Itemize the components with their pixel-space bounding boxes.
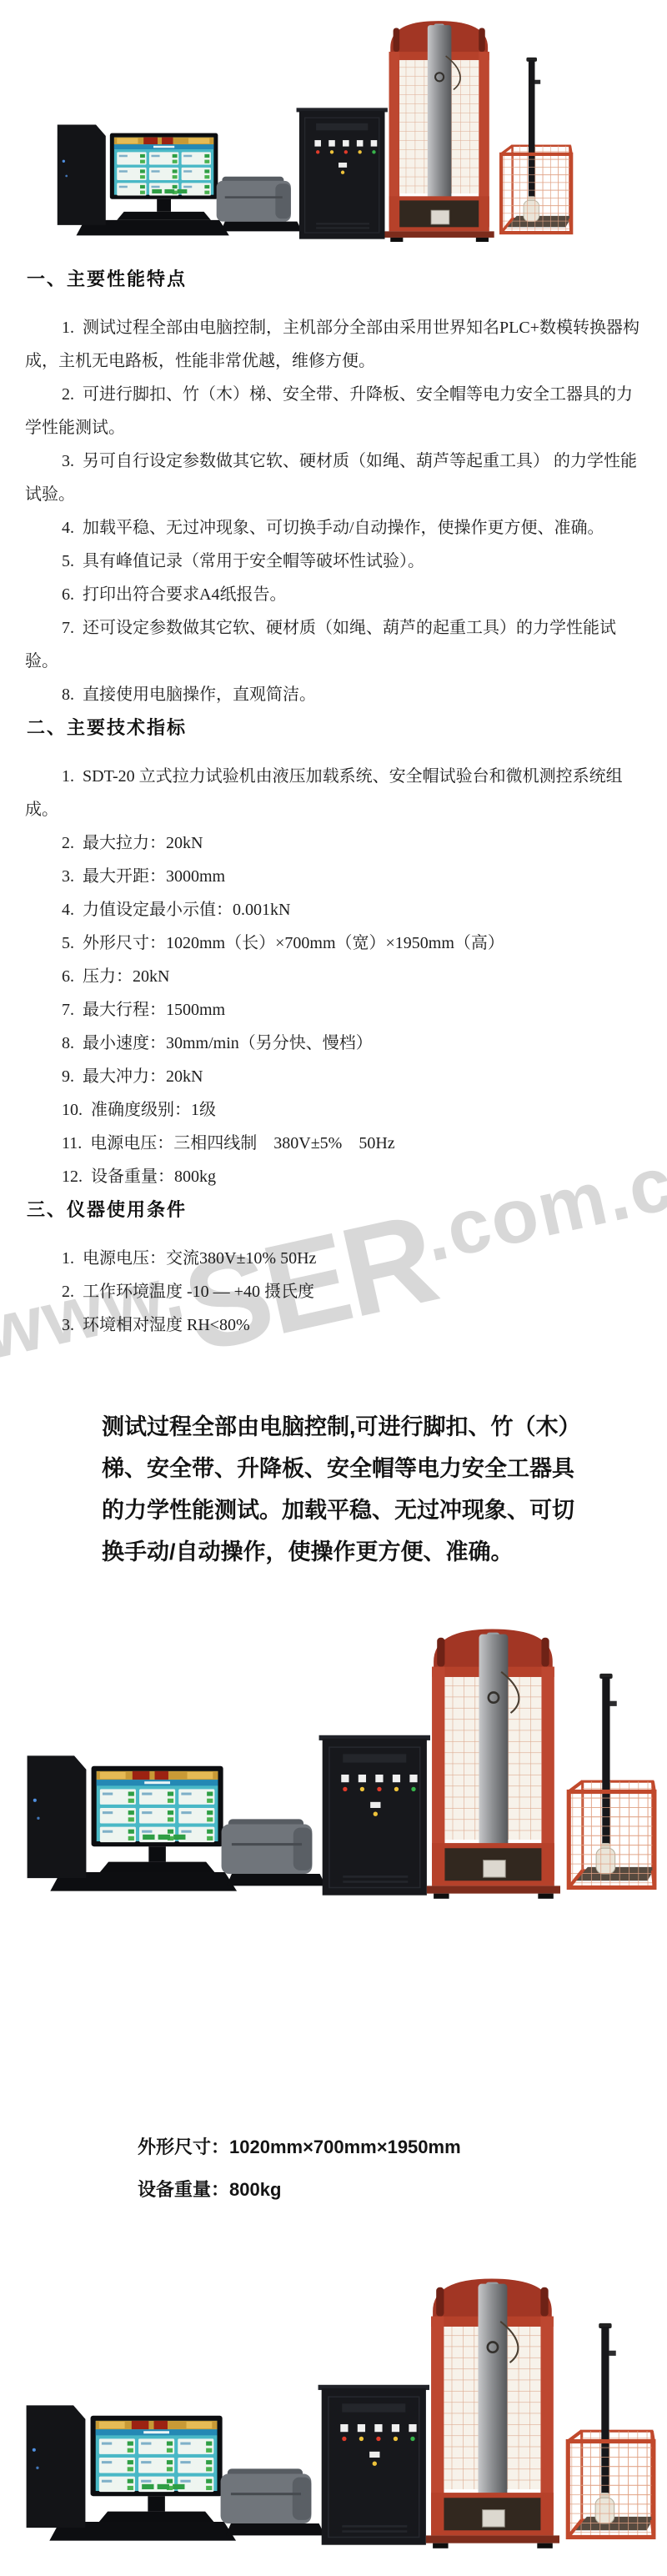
- item-number: 1.: [62, 319, 74, 337]
- item-text: 工作环境温度 -10 — +40 摄氏度: [83, 1283, 314, 1301]
- item-text: 外形尺寸：1020mm（长）×700mm（宽）×1950mm（高）: [83, 934, 504, 952]
- item-number: 6.: [62, 967, 74, 986]
- item-text: 最大冲力：20kN: [83, 1067, 203, 1086]
- feature-item: 6.打印出符合要求A4纸报告。: [25, 578, 644, 611]
- item-number: 10.: [62, 1101, 83, 1119]
- item-text: 可进行脚扣、竹（木）梯、安全带、升降板、安全帽等电力安全工器具的力学性能测试。: [25, 385, 633, 437]
- section-technical-specs: 二、主要技术指标 1.SDT-20 立式拉力试验机由液压加载系统、安全帽试验台和…: [25, 714, 644, 1193]
- item-number: 3.: [62, 1316, 74, 1334]
- item-number: 1.: [62, 1249, 74, 1268]
- item-text: 最小速度：30mm/min（另分快、慢档）: [83, 1034, 373, 1052]
- feature-item: 5.具有峰值记录（常用于安全帽等破坏性试验）。: [25, 545, 644, 578]
- item-number: 2.: [62, 1283, 74, 1301]
- feature-item: 8.直接使用电脑操作，直观简洁。: [25, 678, 644, 711]
- item-number: 5.: [62, 552, 74, 570]
- feature-item: 7.还可设定参数做其它软、硬材质（如绳、葫芦的起重工具）的力学性能试验。: [25, 611, 644, 678]
- condition-item: 1.电源电压：交流380V±10% 50Hz: [25, 1242, 644, 1275]
- item-text: 测试过程全部由电脑控制，主机部分全部由采用世界知名PLC+数模转换器构成，主机无…: [25, 319, 639, 370]
- item-text: 准确度级别：1级: [91, 1101, 216, 1119]
- item-text: 电源电压：交流380V±10% 50Hz: [83, 1249, 316, 1268]
- spec-item: 9.最大冲力：20kN: [25, 1060, 644, 1093]
- item-text: 还可设定参数做其它软、硬材质（如绳、葫芦的起重工具）的力学性能试验。: [25, 619, 616, 670]
- item-number: 4.: [62, 901, 74, 919]
- spec-item: 10.准确度级别：1级: [25, 1093, 644, 1127]
- item-number: 7.: [62, 1001, 74, 1019]
- product-photo-bottom: [7, 2268, 657, 2548]
- item-number: 7.: [62, 619, 74, 637]
- item-number: 9.: [62, 1067, 74, 1086]
- item-text: 压力：20kN: [83, 967, 169, 986]
- footer-specs: 外形尺寸：1020mm×700mm×1950mm 设备重量：800kg: [138, 2126, 461, 2211]
- item-number: 11.: [62, 1134, 82, 1152]
- section-heading: 二、主要技术指标: [27, 714, 644, 740]
- spec-item: 4.力值设定最小示值：0.001kN: [25, 893, 644, 926]
- spec-item: 6.压力：20kN: [25, 960, 644, 993]
- spec-item: 7.最大行程：1500mm: [25, 993, 644, 1027]
- feature-item: 1.测试过程全部由电脑控制，主机部分全部由采用世界知名PLC+数模转换器构成，主…: [25, 311, 644, 378]
- section-heading: 一、主要性能特点: [27, 265, 644, 291]
- condition-item: 3.环境相对湿度 RH<80%: [25, 1308, 644, 1342]
- section-performance-features: 一、主要性能特点 1.测试过程全部由电脑控制，主机部分全部由采用世界知名PLC+…: [25, 265, 644, 711]
- item-text: 另可自行设定参数做其它软、硬材质（如绳、葫芦等起重工具） 的力学性能试验。: [25, 452, 637, 504]
- item-text: 具有峰值记录（常用于安全帽等破坏性试验）。: [83, 552, 424, 570]
- spec-item: 2.最大拉力：20kN: [25, 826, 644, 860]
- product-photo-middle: [8, 1619, 658, 1899]
- page: www.SER.com.cn 一、主要性能特点 1.测试过程全部由电脑控制，主机…: [0, 0, 667, 2576]
- item-text: 最大行程：1500mm: [83, 1001, 225, 1019]
- item-text: 电源电压：三相四线制 380V±5% 50Hz: [90, 1134, 394, 1152]
- item-text: 最大开距：3000mm: [83, 867, 225, 886]
- spec-item: 11.电源电压：三相四线制 380V±5% 50Hz: [25, 1127, 644, 1160]
- item-text: 最大拉力：20kN: [83, 834, 203, 852]
- item-text: 设备重量：800kg: [91, 1167, 216, 1186]
- highlight-paragraph: 测试过程全部由电脑控制,可进行脚扣、竹（木）梯、安全带、升降板、安全帽等电力安全…: [102, 1406, 592, 1573]
- dimensions-line: 外形尺寸：1020mm×700mm×1950mm: [138, 2126, 461, 2168]
- item-number: 12.: [62, 1167, 83, 1186]
- item-number: 3.: [62, 867, 74, 886]
- section-usage-conditions: 三、仪器使用条件 1.电源电压：交流380V±10% 50Hz 2.工作环境温度…: [25, 1196, 644, 1342]
- weight-line: 设备重量：800kg: [138, 2168, 461, 2211]
- item-number: 8.: [62, 1034, 74, 1052]
- item-number: 2.: [62, 834, 74, 852]
- item-number: 1.: [62, 767, 74, 786]
- item-number: 3.: [62, 452, 74, 470]
- item-number: 5.: [62, 934, 74, 952]
- section-heading: 三、仪器使用条件: [27, 1196, 644, 1222]
- feature-item: 2.可进行脚扣、竹（木）梯、安全带、升降板、安全帽等电力安全工器具的力学性能测试…: [25, 378, 644, 444]
- spec-item: 5.外形尺寸：1020mm（长）×700mm（宽）×1950mm（高）: [25, 926, 644, 960]
- item-number: 2.: [62, 385, 74, 404]
- spec-item: 1.SDT-20 立式拉力试验机由液压加载系统、安全帽试验台和微机测控系统组成。: [25, 760, 644, 826]
- item-text: 打印出符合要求A4纸报告。: [83, 585, 286, 604]
- item-number: 4.: [62, 519, 74, 537]
- condition-item: 2.工作环境温度 -10 — +40 摄氏度: [25, 1275, 644, 1308]
- item-text: 力值设定最小示值：0.001kN: [83, 901, 290, 919]
- item-number: 6.: [62, 585, 74, 604]
- feature-item: 4.加载平稳、无过冲现象、可切换手动/自动操作，使操作更方便、准确。: [25, 511, 644, 545]
- spec-item: 12.设备重量：800kg: [25, 1160, 644, 1193]
- feature-item: 3.另可自行设定参数做其它软、硬材质（如绳、葫芦等起重工具） 的力学性能试验。: [25, 444, 644, 511]
- spec-item: 8.最小速度：30mm/min（另分快、慢档）: [25, 1027, 644, 1060]
- item-number: 8.: [62, 685, 74, 704]
- item-text: 直接使用电脑操作，直观简洁。: [83, 685, 316, 704]
- spec-item: 3.最大开距：3000mm: [25, 860, 644, 893]
- item-text: 加载平稳、无过冲现象、可切换手动/自动操作，使操作更方便、准确。: [83, 519, 604, 537]
- product-photo-top: [41, 13, 574, 242]
- item-text: SDT-20 立式拉力试验机由液压加载系统、安全帽试验台和微机测控系统组成。: [25, 767, 623, 819]
- item-text: 环境相对湿度 RH<80%: [83, 1316, 250, 1334]
